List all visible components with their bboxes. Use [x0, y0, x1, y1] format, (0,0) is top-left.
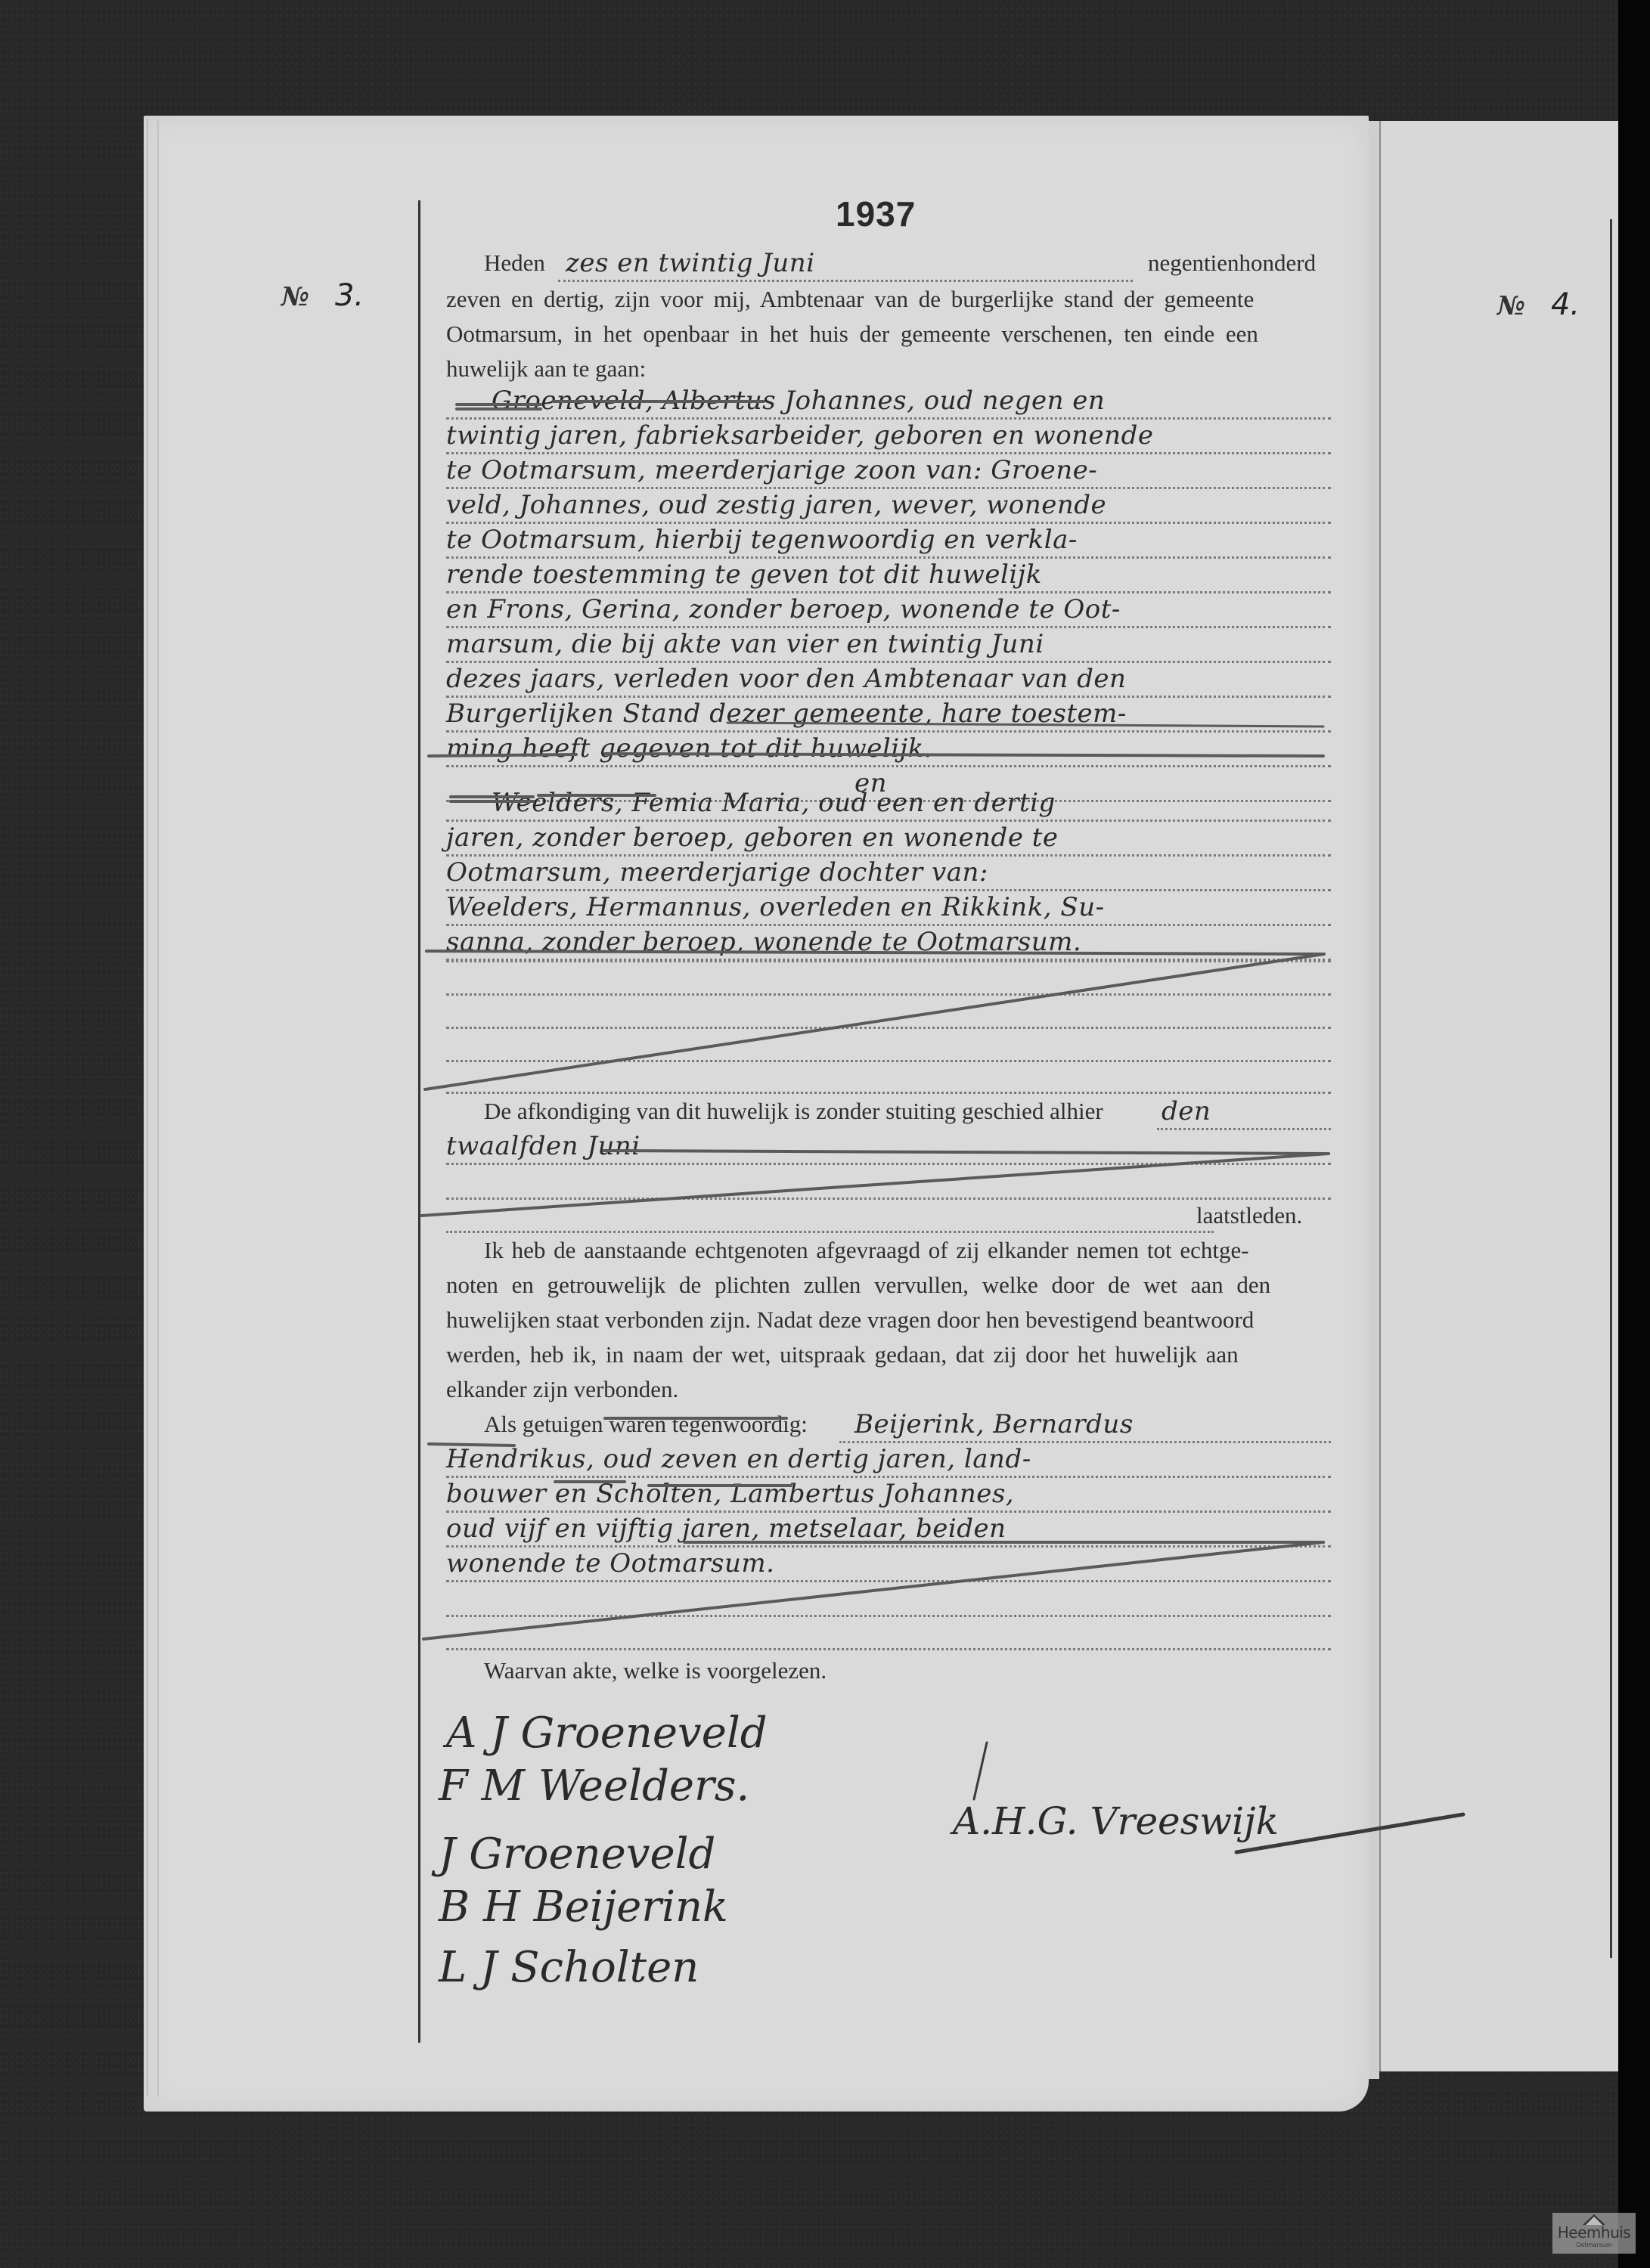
witness-line: oud vijf en vijftig jaren, metselaar, be…: [446, 1512, 1331, 1548]
declaration-line: huwelijken staat verbonden zijn. Nadat d…: [446, 1303, 1254, 1337]
groom-line: rende toestemming te geven tot dit huwel…: [446, 558, 1331, 593]
groom-text: veld, Johannes, oud zestig jaren, wever,…: [446, 490, 1106, 520]
bride-text: Weelders, Hermannus, overleden en Rikkin…: [446, 892, 1105, 922]
groom-line: ming heeft gegeven tot dit huwelijk.: [446, 732, 1331, 767]
groom-line: marsum, die bij akte van vier en twintig…: [446, 627, 1331, 663]
bride-text: Weelders, Femia Maria, oud een en dertig: [492, 788, 1056, 818]
bride-line: Weelders, Hermannus, overleden en Rikkin…: [446, 891, 1331, 926]
page-fold: [1369, 121, 1379, 2079]
groom-text: te Ootmarsum, meerderjarige zoon van: Gr…: [446, 455, 1097, 485]
bride-line: Ootmarsum, meerderjarige dochter van:: [446, 856, 1331, 891]
empty-line: [446, 1027, 1331, 1062]
watermark-name: Heemhuis: [1552, 2223, 1636, 2242]
signature-groom: A J Groeneveld: [446, 1709, 768, 1758]
groom-text: Groeneveld, Albertus Johannes, oud negen…: [492, 386, 1105, 416]
empty-line: [446, 927, 1331, 962]
proclamation-text: De afkondiging van dit huwelijk is zonde…: [484, 1095, 1103, 1128]
intro-line1-end: negentienhonderd: [1148, 246, 1316, 280]
witness-line: Hendrikus, oud zeven en dertig jaren, la…: [446, 1442, 1331, 1478]
groom-text: dezes jaars, verleden voor den Ambtenaar…: [446, 664, 1126, 694]
empty-line: [446, 1058, 1331, 1094]
heden-label: Heden: [484, 246, 545, 280]
groom-line: dezes jaars, verleden voor den Ambtenaar…: [446, 662, 1331, 698]
declaration-line: werden, heb ik, in naam der wet, uitspra…: [446, 1338, 1239, 1371]
declaration-line: noten en getrouwelijk de plichten zullen…: [446, 1269, 1270, 1302]
bride-line: Weelders, Femia Maria, oud een en dertig: [446, 786, 1331, 822]
intro-line2: zeven en dertig, zijn voor mij, Ambtenaa…: [446, 283, 1254, 316]
page-gutter: [1379, 121, 1381, 2071]
witness-text: bouwer en Scholten, Lambertus Johannes,: [446, 1479, 1014, 1509]
proclamation-handwritten: den: [1162, 1096, 1211, 1126]
bride-line: jaren, zonder beroep, geboren en wonende…: [446, 821, 1331, 857]
signature-official: A.H.G. Vreeswijk: [953, 1799, 1279, 1843]
groom-text: te Ootmarsum, hierbij tegenwoordig en ve…: [446, 525, 1078, 555]
heemhuis-watermark: Heemhuis Ootmarsum: [1552, 2213, 1636, 2254]
date-field: zes en twintig Juni: [558, 246, 1133, 282]
date-handwritten: zes en twintig Juni: [566, 248, 815, 278]
witnesses-label: Als getuigen waren tegenwoordig:: [484, 1408, 808, 1441]
scan-edge: [1618, 0, 1650, 2268]
declaration-line: elkander zijn verbonden.: [446, 1373, 678, 1406]
signature-father: J Groeneveld: [439, 1830, 715, 1879]
witness-field: Beijerink, Bernardus: [839, 1408, 1331, 1443]
groom-line: en Frons, Gerina, zonder beroep, wonende…: [446, 593, 1331, 628]
proclamation-field: den: [1157, 1095, 1331, 1130]
empty-line: [446, 1198, 1214, 1233]
witness-text: Beijerink, Bernardus: [854, 1409, 1134, 1439]
empty-line: [446, 1164, 1331, 1200]
watermark-place: Ootmarsum: [1552, 2242, 1636, 2248]
groom-text: marsum, die bij akte van vier en twintig…: [446, 629, 1044, 659]
witness-line: bouwer en Scholten, Lambertus Johannes,: [446, 1477, 1331, 1513]
closing-text: Waarvan akte, welke is voorgelezen.: [484, 1654, 827, 1687]
witness-text: oud vijf en vijftig jaren, metselaar, be…: [446, 1514, 1006, 1544]
proclamation-handwritten: twaalfden Juni: [446, 1131, 640, 1161]
laatstleden-label: laatstleden.: [1196, 1199, 1302, 1232]
signature-witness-1: B H Beijerink: [439, 1882, 728, 1932]
empty-line: [446, 1582, 1331, 1617]
number-sign: №: [1497, 291, 1525, 321]
entry-number-value: 3.: [335, 278, 364, 313]
witness-line: wonende te Ootmarsum.: [446, 1547, 1331, 1582]
number-sign: №: [281, 282, 309, 312]
empty-line: [446, 993, 1331, 1029]
groom-text: ming heeft gegeven tot dit huwelijk.: [446, 733, 932, 764]
page-edge: [147, 119, 159, 2096]
bride-text: Ootmarsum, meerderjarige dochter van:: [446, 857, 988, 888]
groom-line: Groeneveld, Albertus Johannes, oud negen…: [446, 384, 1331, 420]
intro-line3: Ootmarsum, in het openbaar in het huis d…: [446, 318, 1258, 351]
intro-line4: huwelijk aan te gaan:: [446, 352, 646, 386]
proclamation-line: twaalfden Juni: [446, 1129, 1331, 1165]
groom-line: twintig jaren, fabrieksarbeider, geboren…: [446, 419, 1331, 454]
empty-line: [446, 1615, 1331, 1650]
signature-bride: F M Weelders.: [439, 1761, 749, 1811]
margin-rule: [418, 200, 420, 2043]
witness-text: Hendrikus, oud zeven en dertig jaren, la…: [446, 1444, 1031, 1474]
right-page-rule: [1610, 219, 1612, 1958]
groom-text: en Frons, Gerina, zonder beroep, wonende…: [446, 594, 1121, 624]
groom-line: te Ootmarsum, meerderjarige zoon van: Gr…: [446, 454, 1331, 489]
groom-text: rende toestemming te geven tot dit huwel…: [446, 559, 1042, 590]
entry-number-value: 4.: [1551, 287, 1580, 322]
left-entry-number: №3.: [281, 278, 364, 313]
right-page: [1379, 121, 1618, 2071]
right-entry-number: №4.: [1497, 287, 1580, 322]
groom-line: veld, Johannes, oud zestig jaren, wever,…: [446, 488, 1331, 524]
declaration-line: Ik heb de aanstaande echtgenoten afgevra…: [484, 1234, 1249, 1267]
groom-line: Burgerlijken Stand dezer gemeente, hare …: [446, 697, 1331, 733]
document-year: 1937: [836, 194, 916, 234]
empty-line: [446, 960, 1331, 996]
groom-line: te Ootmarsum, hierbij tegenwoordig en ve…: [446, 523, 1331, 559]
witness-text: wonende te Ootmarsum.: [446, 1548, 774, 1579]
signature-witness-2: L J Scholten: [439, 1943, 699, 1992]
groom-text: twintig jaren, fabrieksarbeider, geboren…: [446, 420, 1153, 451]
bride-text: jaren, zonder beroep, geboren en wonende…: [446, 823, 1059, 853]
groom-text: Burgerlijken Stand dezer gemeente, hare …: [446, 699, 1127, 729]
